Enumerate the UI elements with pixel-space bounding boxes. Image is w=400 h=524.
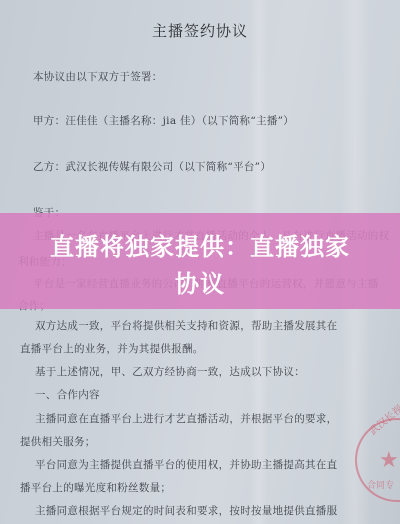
party-b-line: 乙方：武汉长视传媒有限公司（以下简称“平台”） (33, 159, 271, 174)
document-line: 主播同意根据平台规定的时间表和要求，按时按量地提供直播服 (35, 503, 337, 518)
document-line: 平台同意为主播提供直播平台的使用权，并协助主播提高其在直 (35, 457, 337, 472)
star-icon: ★ (379, 448, 399, 473)
contract-document-photo: 主播签约协议 本协议由以下双方于签署： 甲方：汪佳佳（主播名称：jia 佳）（以… (0, 0, 400, 524)
headline-text: 直播将独家提供：直播独家协议 (0, 229, 400, 303)
document-line: 播平台上的曝光度和粉丝数量； (20, 480, 171, 495)
seal-bottom-text: 合同专 (367, 478, 394, 491)
document-title: 主播签约协议 (0, 20, 400, 41)
document-line: 双方达成一致，平台将提供相关支持和资源，帮助主播发展其在 (35, 318, 337, 333)
section-heading: 一、合作内容 (35, 387, 100, 402)
document-line: 主播同意在直播平台上进行才艺直播活动，并根据平台的要求， (35, 411, 337, 426)
document-line: 直播平台上的业务，并为其提供报酬。 (20, 341, 204, 356)
document-line: 提供相关服务； (20, 434, 96, 449)
party-a-line: 甲方：汪佳佳（主播名称：jia 佳）（以下简称“主播”） (33, 113, 294, 128)
seal-top-text: 武汉长视传 (365, 394, 400, 438)
document-line: 本协议由以下双方于签署： (33, 69, 163, 84)
headline-banner: 直播将独家提供：直播独家协议 (0, 213, 400, 309)
document-line: 基于上述情况，甲、乙双方经协商一致，达成以下协议： (35, 364, 305, 379)
